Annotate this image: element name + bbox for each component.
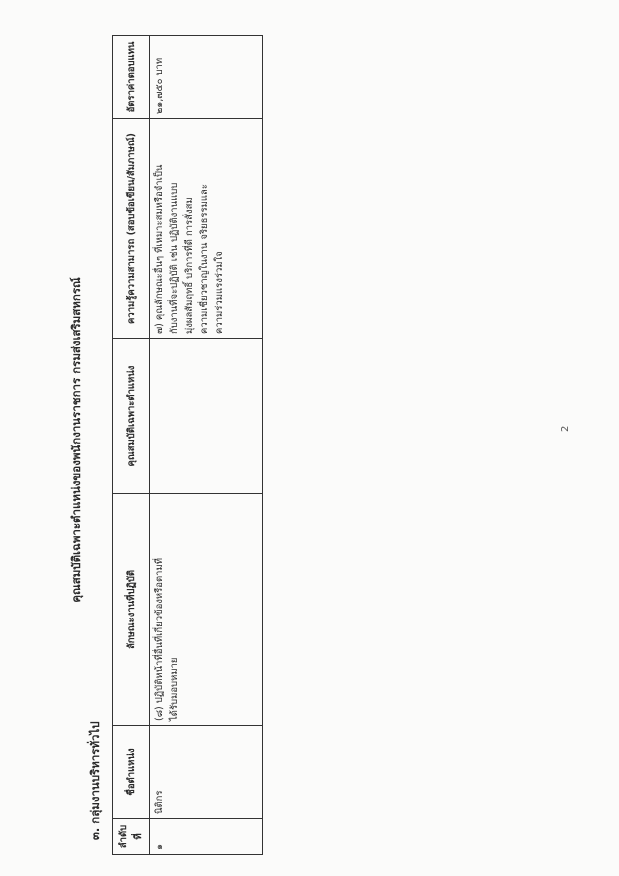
section-heading: ๓. กลุ่มงานบริหารทั่วไป bbox=[87, 721, 105, 840]
table-header-row: ลำดับที่ ชื่อตำแหน่ง ลักษณะงานที่ปฏิบัติ… bbox=[113, 36, 150, 855]
cell-no: ๑ bbox=[150, 819, 263, 855]
cell-qualifications bbox=[150, 339, 263, 494]
cell-compensation: ๒๑,๗๕๐ บาท bbox=[150, 36, 263, 119]
duties-line: ได้รับมอบหมาย bbox=[167, 498, 182, 721]
header-position: ชื่อตำแหน่ง bbox=[113, 726, 150, 819]
header-qualifications: คุณสมบัติเฉพาะตำแหน่ง bbox=[113, 339, 150, 494]
header-knowledge: ความรู้ความสามารถ (สอบข้อเขียน/สัมภาษณ์) bbox=[113, 119, 150, 339]
knowledge-line: กับงานที่จะปฏิบัติ เช่น ปฏิบัติงานแบบ bbox=[167, 123, 182, 334]
cell-position: นิติกร bbox=[150, 726, 263, 819]
duties-line: (๘) ปฏิบัติหน้าที่อื่นที่เกี่ยวข้องหรือต… bbox=[152, 498, 167, 721]
document-title: คุณสมบัติเฉพาะตำแหน่งของพนักงานราชการ กร… bbox=[68, 275, 86, 605]
header-no: ลำดับที่ bbox=[113, 819, 150, 855]
knowledge-line: ความร่วมแรงร่วมใจ bbox=[212, 123, 227, 334]
cell-duties: (๘) ปฏิบัติหน้าที่อื่นที่เกี่ยวข้องหรือต… bbox=[150, 494, 263, 726]
knowledge-line: มุ่งผลสัมฤทธิ์ บริการที่ดี การสั่งสม bbox=[182, 123, 197, 334]
qualifications-table: ลำดับที่ ชื่อตำแหน่ง ลักษณะงานที่ปฏิบัติ… bbox=[112, 35, 263, 855]
page-number: 2 bbox=[560, 426, 571, 432]
header-duties: ลักษณะงานที่ปฏิบัติ bbox=[113, 494, 150, 726]
document-page: คุณสมบัติเฉพาะตำแหน่งของพนักงานราชการ กร… bbox=[0, 0, 619, 876]
table-row: ๑ นิติกร (๘) ปฏิบัติหน้าที่อื่นที่เกี่ยว… bbox=[150, 36, 263, 855]
knowledge-line: ๗) คุณลักษณะอื่นๆ ที่เหมาะสมหรือจำเป็น bbox=[152, 123, 167, 334]
cell-knowledge: ๗) คุณลักษณะอื่นๆ ที่เหมาะสมหรือจำเป็น ก… bbox=[150, 119, 263, 339]
header-compensation: อัตราค่าตอบแทน bbox=[113, 36, 150, 119]
knowledge-line: ความเชี่ยวชาญในงาน จริยธรรมและ bbox=[197, 123, 212, 334]
